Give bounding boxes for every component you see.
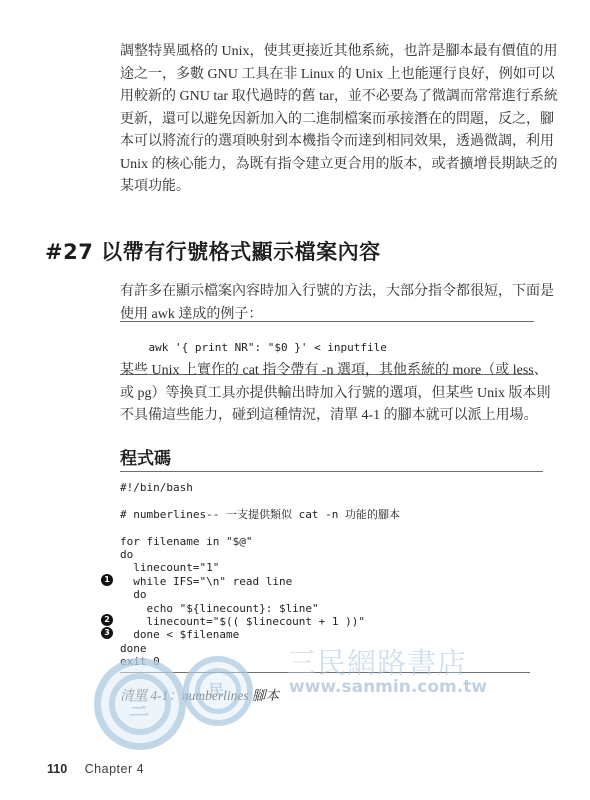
body-paragraph-2: 某些 Unix 上實作的 cat 指令帶有 -n 選項，其他系統的 more（或…	[120, 360, 551, 428]
code-section-rule	[120, 471, 543, 472]
intro-paragraph: 調整特異風格的 Unix，使其更接近其他系統，也許是腳本最有價值的用 途之一，多…	[120, 41, 558, 199]
callout-2: 2	[101, 614, 113, 626]
listing-caption: 清單 4-1：numberlines 腳本	[120, 684, 279, 704]
body-paragraph-1: 有許多在顯示檔案內容時加入行號的方法，大部分指令都很短，下面是 使用 awk 達…	[120, 281, 554, 326]
listing-end-rule	[120, 672, 530, 673]
watermark-url: www.sanmin.com.tw	[289, 677, 487, 697]
book-page: 調整特異風格的 Unix，使其更接近其他系統，也許是腳本最有價值的用 途之一，多…	[0, 0, 590, 800]
chapter-label: Chapter 4	[85, 762, 144, 776]
section-heading: #27 以帶有行號格式顯示檔案內容	[45, 236, 381, 266]
section-title: 以帶有行號格式顯示檔案內容	[101, 240, 381, 264]
inline-code-text: awk '{ print NR": "$0 }' < inputfile	[149, 341, 387, 354]
watermark-logo-circle-inner	[109, 673, 171, 735]
page-footer: 110 Chapter 4	[47, 762, 144, 776]
code-listing: #!/bin/bash # numberlines-- 一支提供類似 cat -…	[120, 481, 400, 669]
page-number: 110	[47, 762, 67, 776]
section-number: #27	[45, 240, 93, 264]
code-section-heading: 程式碼	[120, 444, 171, 469]
callout-1: 1	[101, 574, 113, 586]
callout-3: 3	[101, 627, 113, 639]
